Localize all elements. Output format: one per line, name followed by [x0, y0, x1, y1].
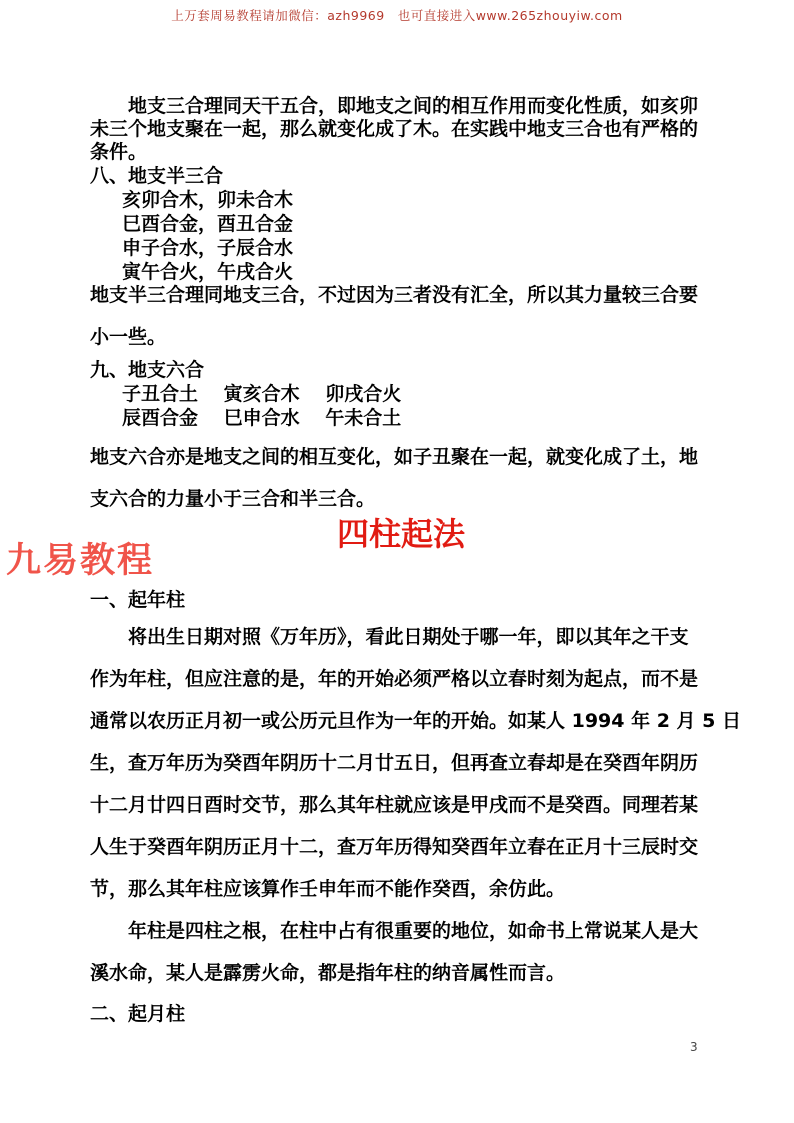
heading-month-pillar: 二、起月柱	[90, 1002, 712, 1026]
paragraph-sanhe-intro: 地支三合理同天干五合，即地支之间的相互作用而变化性质，如亥卯未三个地支聚在一起，…	[90, 95, 712, 164]
heading-liuhe: 九、地支六合	[90, 358, 712, 382]
text-line: 将出生日期对照《万年历》，看此日期处于哪一年，即以其年之干支	[90, 616, 712, 658]
text-line: 生，查万年历为癸酉年阴历十二月廿五日，但再查立春却是在癸酉年阴历	[90, 742, 712, 784]
heading-year-pillar: 一、起年柱	[90, 588, 712, 612]
text-line: 未三个地支聚在一起，那么就变化成了木。在实践中地支三合也有严格的	[90, 118, 712, 141]
list-item: 申子合水，子辰合水	[122, 236, 712, 260]
chapter-title: 四柱起法	[90, 514, 712, 554]
paragraph-half-sanhe-note: 地支半三合理同地支三合，不过因为三者没有汇全，所以其力量较三合要小一些。	[90, 274, 712, 358]
document-page: 上万套周易教程请加微信：azh9969 也可直接进入www.265zhouyiw…	[0, 0, 794, 1123]
list-item: 子丑合土 寅亥合木 卯戌合火	[122, 382, 712, 406]
list-item: 巳酉合金，酉丑合金	[122, 212, 712, 236]
list-item: 辰酉合金 巳申合水 午未合土	[122, 406, 712, 430]
paragraph-liuhe-note: 地支六合亦是地支之间的相互变化，如子丑聚在一起，就变化成了土，地支六合的力量小于…	[90, 436, 712, 520]
text-line: 条件。	[90, 141, 712, 164]
paragraph-year-pillar-method: 将出生日期对照《万年历》，看此日期处于哪一年，即以其年之干支作为年柱，但应注意的…	[90, 616, 712, 910]
text-line: 作为年柱，但应注意的是，年的开始必须严格以立春时刻为起点，而不是	[90, 658, 712, 700]
text-line: 溪水命，某人是霹雳火命，都是指年柱的纳音属性而言。	[90, 952, 712, 994]
header-promo-text: 上万套周易教程请加微信：azh9969 也可直接进入www.265zhouyiw…	[0, 6, 794, 24]
text-line: 小一些。	[90, 316, 712, 358]
text-line: 人生于癸酉年阴历正月十二，查万年历得知癸酉年立春在正月十三辰时交	[90, 826, 712, 868]
text-line: 十二月廿四日酉时交节，那么其年柱就应该是甲戌而不是癸酉。同理若某	[90, 784, 712, 826]
list-liuhe-combos: 子丑合土 寅亥合木 卯戌合火辰酉合金 巳申合水 午未合土	[90, 382, 712, 430]
list-item: 亥卯合木，卯未合木	[122, 188, 712, 212]
list-half-sanhe-combos: 亥卯合木，卯未合木巳酉合金，酉丑合金申子合水，子辰合水寅午合火，午戌合火	[90, 188, 712, 284]
text-line: 年柱是四柱之根，在柱中占有很重要的地位，如命书上常说某人是大	[90, 910, 712, 952]
paragraph-year-pillar-note: 年柱是四柱之根，在柱中占有很重要的地位，如命书上常说某人是大溪水命，某人是霹雳火…	[90, 910, 712, 994]
heading-half-sanhe: 八、地支半三合	[90, 164, 712, 188]
text-line: 地支半三合理同地支三合，不过因为三者没有汇全，所以其力量较三合要	[90, 274, 712, 316]
page-content: 地支三合理同天干五合，即地支之间的相互作用而变化性质，如亥卯未三个地支聚在一起，…	[90, 95, 712, 1026]
text-line: 通常以农历正月初一或公历元旦作为一年的开始。如某人 1994 年 2 月 5 日	[90, 700, 712, 742]
text-line: 节，那么其年柱应该算作壬申年而不能作癸酉，余仿此。	[90, 868, 712, 910]
text-line: 地支六合亦是地支之间的相互变化，如子丑聚在一起，就变化成了土，地	[90, 436, 712, 478]
page-number: 3	[690, 1040, 698, 1054]
text-line: 地支三合理同天干五合，即地支之间的相互作用而变化性质，如亥卯	[90, 95, 712, 118]
